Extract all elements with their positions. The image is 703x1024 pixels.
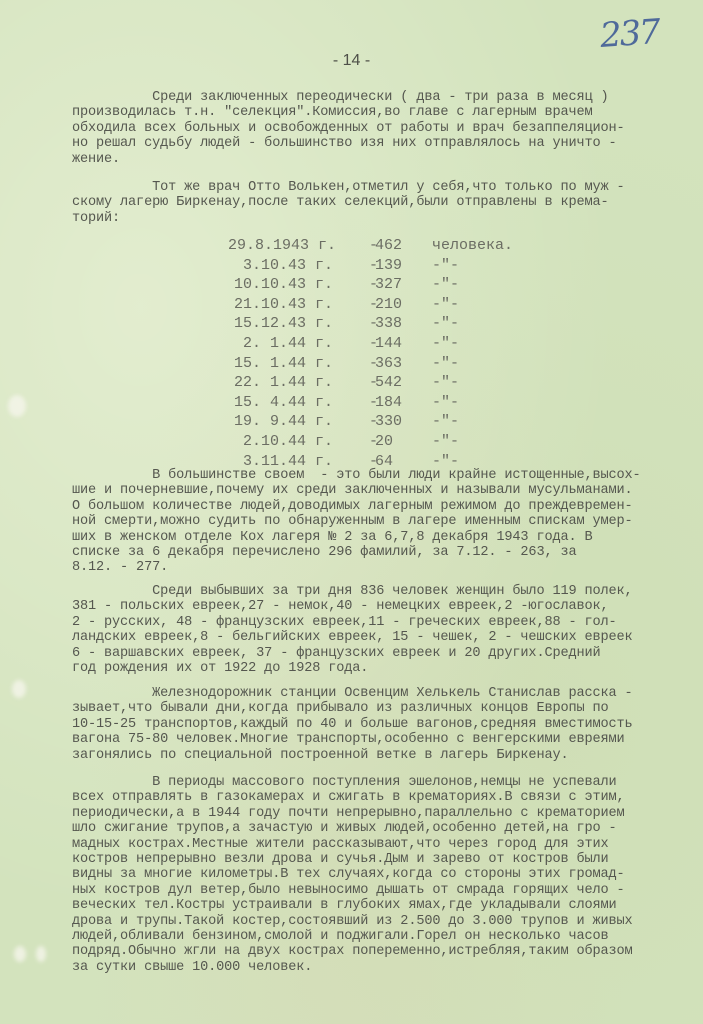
unit-cell: человека. — [414, 236, 534, 256]
text-line: год рождения их от 1922 до 1928 года. — [72, 661, 694, 676]
count-cell: 330 — [366, 412, 414, 432]
dash-cell: - — [333, 412, 366, 432]
text-line: В большинстве своем - это были люди край… — [72, 468, 694, 483]
table-row: 2.10.44 г. - 20 -"- — [228, 432, 534, 452]
table-row: 15.12.43 г. - 338 -"- — [228, 314, 534, 334]
text-line: 2 - русских, 48 - французских евреек,11 … — [72, 615, 694, 630]
table-row: 3.10.43 г. - 139 -"- — [228, 256, 534, 276]
date-cell: 29.8.1943 г. — [228, 236, 333, 256]
text-line: 381 - польских евреек,27 - немок,40 - не… — [72, 599, 694, 614]
unit-cell: -"- — [414, 432, 534, 452]
text-line: списке за 6 декабря перечислено 296 фами… — [72, 545, 694, 560]
text-line: 6 - варшавских евреек, 37 - французских … — [72, 646, 694, 661]
text-line: обходила всех больных и освобожденных от… — [72, 121, 694, 136]
table-row: 29.8.1943 г. - 462 человека. — [228, 236, 534, 256]
date-cell: 2. 1.44 г. — [228, 334, 333, 354]
text-line: Железнодорожник станции Освенцим Хелькел… — [72, 686, 694, 701]
text-line: периодически,а в 1944 году почти непреры… — [72, 806, 694, 821]
text-line: мадных кострах.Местные жители рассказыва… — [72, 837, 694, 852]
date-cell: 15. 4.44 г. — [228, 393, 333, 413]
text-line: шие и почерневшие,почему их среди заключ… — [72, 483, 694, 498]
unit-cell: -"- — [414, 275, 534, 295]
paper-stain — [14, 946, 26, 962]
text-line: людей,обливали бензином,смолой и поджига… — [72, 929, 694, 944]
table-row: 15. 4.44 г. - 184 -"- — [228, 393, 534, 413]
text-line: производилась т.н. "селекция".Комиссия,в… — [72, 105, 694, 120]
paragraph-selection: Среди заключенных переодически ( два - т… — [72, 90, 694, 167]
text-line: за сутки свыше 10.000 человек. — [72, 960, 694, 975]
text-line: видны за многие километры.В тех случаях,… — [72, 867, 694, 882]
date-cell: 15.12.43 г. — [228, 314, 333, 334]
dash-cell: - — [333, 275, 366, 295]
text-line: 10-15-25 транспортов,каждый по 40 и боль… — [72, 717, 694, 732]
text-line: Среди заключенных переодически ( два - т… — [72, 90, 694, 105]
date-cell: 21.10.43 г. — [228, 295, 333, 315]
dash-cell: - — [333, 295, 366, 315]
text-line: В периоды массового поступления эшелонов… — [72, 775, 694, 790]
dash-cell: - — [333, 373, 366, 393]
date-cell: 22. 1.44 г. — [228, 373, 333, 393]
date-cell: 15. 1.44 г. — [228, 354, 333, 374]
text-line: дрова и трупы.Такой костер,состоявший из… — [72, 914, 694, 929]
text-line: веческих тел.Костры устраивали в глубоки… — [72, 898, 694, 913]
text-line: жение. — [72, 152, 694, 167]
text-line: ших в женском отделе Кох лагеря № 2 за 6… — [72, 530, 694, 545]
document-page: 237 - 14 - Среди заключенных переодическ… — [0, 0, 703, 1024]
text-line: но решал судьбу людей - большинство изя … — [72, 136, 694, 151]
text-line: 8.12. - 277. — [72, 560, 694, 575]
table-row: 21.10.43 г. - 210 -"- — [228, 295, 534, 315]
paper-stain — [8, 395, 26, 417]
text-line: костров непрерывно везли дрова и сучья.Д… — [72, 852, 694, 867]
paper-stain — [12, 680, 26, 698]
table-row: 2. 1.44 г. - 144 -"- — [228, 334, 534, 354]
paragraph-women: Среди выбывших за три дня 836 человек же… — [72, 584, 694, 676]
text-line: ландских евреек,8 - бельгийских евреек, … — [72, 630, 694, 645]
dash-cell: - — [333, 236, 366, 256]
text-line: Среди выбывших за три дня 836 человек же… — [72, 584, 694, 599]
text-line: О большом количестве людей,доводимых лаг… — [72, 499, 694, 514]
text-line: зывает,что бывали дни,когда прибывало из… — [72, 701, 694, 716]
paragraph-majority: В большинстве своем - это были люди край… — [72, 468, 694, 576]
dash-cell: - — [333, 314, 366, 334]
text-line: шло сжигание трупов,а зачастую и живых л… — [72, 821, 694, 836]
archive-page-number: 237 — [599, 12, 661, 56]
count-cell: 338 — [366, 314, 414, 334]
table-row: 22. 1.44 г. - 542 -"- — [228, 373, 534, 393]
paper-stain — [36, 946, 46, 962]
unit-cell: -"- — [414, 334, 534, 354]
paragraph-railway: Железнодорожник станции Освенцим Хелькел… — [72, 686, 694, 763]
dash-cell: - — [333, 432, 366, 452]
date-cell: 19. 9.44 г. — [228, 412, 333, 432]
table-row: 19. 9.44 г. - 330 -"- — [228, 412, 534, 432]
count-cell: 542 — [366, 373, 414, 393]
table-row: 15. 1.44 г. - 363 -"- — [228, 354, 534, 374]
unit-cell: -"- — [414, 373, 534, 393]
text-line: скому лагерю Биркенау,после таких селекц… — [72, 195, 694, 210]
date-cell: 10.10.43 г. — [228, 275, 333, 295]
text-line: Тот же врач Отто Волькен,отметил у себя,… — [72, 180, 694, 195]
count-cell: 139 — [366, 256, 414, 276]
count-cell: 462 — [366, 236, 414, 256]
unit-cell: -"- — [414, 256, 534, 276]
dash-cell: - — [333, 393, 366, 413]
page-number: - 14 - — [0, 52, 703, 70]
count-cell: 210 — [366, 295, 414, 315]
text-line: подряд.Обычно жгли на двух кострах попер… — [72, 944, 694, 959]
count-cell: 144 — [366, 334, 414, 354]
unit-cell: -"- — [414, 295, 534, 315]
date-cell: 2.10.44 г. — [228, 432, 333, 452]
count-cell: 363 — [366, 354, 414, 374]
paragraph-pyres: В периоды массового поступления эшелонов… — [72, 775, 694, 975]
text-line: ных костров дул ветер,было невыносимо ды… — [72, 883, 694, 898]
text-line: торий: — [72, 211, 694, 226]
text-line: всех отправлять в газокамерах и сжигать … — [72, 790, 694, 805]
unit-cell: -"- — [414, 314, 534, 334]
unit-cell: -"- — [414, 412, 534, 432]
count-cell: 184 — [366, 393, 414, 413]
paragraph-volken: Тот же врач Отто Волькен,отметил у себя,… — [72, 180, 694, 226]
text-line: загонялись по специальной построенной ве… — [72, 748, 694, 763]
count-cell: 327 — [366, 275, 414, 295]
text-line: вагона 75-80 человек.Многие транспорты,о… — [72, 732, 694, 747]
table-row: 10.10.43 г. - 327 -"- — [228, 275, 534, 295]
count-cell: 20 — [366, 432, 414, 452]
text-line: ной смерти,можно судить по обнаруженным … — [72, 514, 694, 529]
selection-table: 29.8.1943 г. - 462 человека.3.10.43 г. -… — [228, 236, 534, 471]
dash-cell: - — [333, 334, 366, 354]
dash-cell: - — [333, 256, 366, 276]
dash-cell: - — [333, 354, 366, 374]
unit-cell: -"- — [414, 393, 534, 413]
date-cell: 3.10.43 г. — [228, 256, 333, 276]
unit-cell: -"- — [414, 354, 534, 374]
